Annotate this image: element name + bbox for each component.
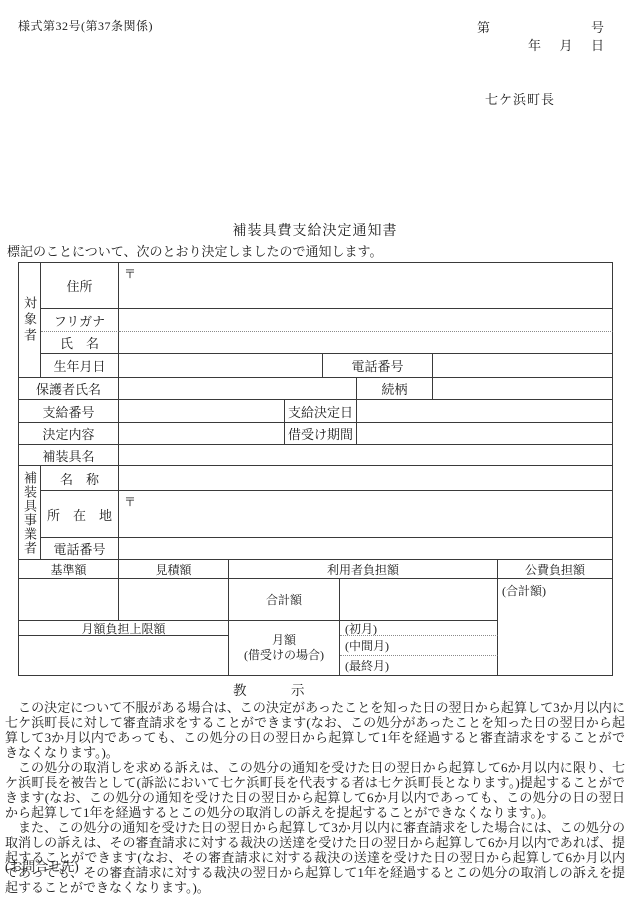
vendor-group-label: 補装具事業者 <box>19 466 41 560</box>
date-year-label: 年 <box>528 35 541 54</box>
phone-value-cell <box>433 354 613 378</box>
public-burden-header: 公費負担額 <box>498 560 613 579</box>
last-month-cell: (最終月) <box>340 656 498 676</box>
device-name-value-cell <box>119 445 613 466</box>
address-value-cell: 〒 <box>119 263 613 309</box>
standard-amount-header: 基準額 <box>19 560 119 579</box>
date-month-label: 月 <box>559 35 572 54</box>
instruction-paragraph-1: この決定について不服がある場合は、この決定があったことを知った日の翌日から起算し… <box>5 700 625 760</box>
estimate-amount-value-cell <box>119 579 229 621</box>
form-number: 様式第32号(第37条関係) <box>18 17 153 34</box>
total-amount-value-cell <box>340 579 498 621</box>
document-number-line: 第 号 <box>477 17 604 36</box>
furigana-value-cell <box>119 309 613 332</box>
total-amount-label: 合計額 <box>229 579 340 621</box>
postal-mark-icon: 〒 <box>124 493 136 510</box>
name-label: 氏 名 <box>41 332 119 354</box>
vendor-name-value-cell <box>119 466 613 491</box>
user-burden-header: 利用者負担額 <box>229 560 498 579</box>
rental-period-value-cell <box>357 423 613 445</box>
estimate-amount-header: 見積額 <box>119 560 229 579</box>
instruction-paragraph-3: また、この処分の通知を受けた日の翌日から起算して3か月以内に審査請求をした場合に… <box>5 820 625 895</box>
document-number-prefix: 第 <box>477 17 490 36</box>
decision-table: 対象者 住所 〒 フリガナ 氏 名 生年月日 電話番号 保護者氏名 続柄 支給番… <box>18 262 613 676</box>
grant-number-value-cell <box>119 400 285 423</box>
vendor-name-label: 名 称 <box>41 466 119 491</box>
monthly-amount-label-line2: (借受けの場合) <box>244 648 324 663</box>
document-title: 補装具費支給決定通知書 <box>0 220 630 240</box>
vendor-phone-label: 電話番号 <box>41 538 119 560</box>
vendor-phone-value-cell <box>119 538 613 560</box>
birthdate-label: 生年月日 <box>41 354 119 378</box>
birthdate-value-cell <box>119 354 323 378</box>
target-person-group-label: 対象者 <box>19 263 41 378</box>
addressee-mayor: 七ケ浜町長 <box>485 89 555 108</box>
grant-number-label: 支給番号 <box>19 400 119 423</box>
decision-content-label: 決定内容 <box>19 423 119 445</box>
instruction-paragraph-2: この処分の取消しを求める訴えは、この処分の通知を受けた日の翌日から起算して6か月… <box>5 760 625 820</box>
public-total-label: (合計額) <box>502 582 546 599</box>
grant-decision-date-value-cell <box>357 400 613 423</box>
grant-decision-date-label: 支給決定日 <box>285 400 357 423</box>
relation-value-cell <box>433 378 613 400</box>
name-value-cell <box>119 332 613 354</box>
intro-sentence: 標記のことについて、次のとおり決定しましたので通知します。 <box>7 241 382 260</box>
date-day-label: 日 <box>591 35 604 54</box>
guardian-name-label: 保護者氏名 <box>19 378 119 400</box>
vendor-address-label: 所 在 地 <box>41 491 119 538</box>
instruction-title: 教 示 <box>233 683 625 699</box>
public-burden-value-cell: (合計額) <box>498 579 613 676</box>
contact-label: (お問合せ先) <box>5 856 79 875</box>
monthly-cap-label: 月額負担上限額 <box>19 621 229 636</box>
guardian-name-value-cell <box>119 378 357 400</box>
relation-label: 続柄 <box>357 378 433 400</box>
address-label: 住所 <box>41 263 119 309</box>
device-name-label: 補装具名 <box>19 445 119 466</box>
middle-month-cell: (中間月) <box>340 636 498 656</box>
date-line: 年 月 日 <box>528 35 604 54</box>
decision-content-value-cell <box>119 423 285 445</box>
phone-label: 電話番号 <box>323 354 433 378</box>
standard-amount-value-cell <box>19 579 119 621</box>
monthly-amount-label: 月額 (借受けの場合) <box>229 621 340 676</box>
instruction-section: 教 示 この決定について不服がある場合は、この決定があったことを知った日の翌日か… <box>5 683 625 895</box>
monthly-amount-label-line1: 月額 <box>272 633 296 648</box>
document-number-suffix: 号 <box>591 17 604 36</box>
vendor-address-value-cell: 〒 <box>119 491 613 538</box>
first-month-cell: (初月) <box>340 621 498 636</box>
postal-mark-icon: 〒 <box>124 265 136 282</box>
rental-period-label: 借受け期間 <box>285 423 357 445</box>
furigana-label: フリガナ <box>41 309 119 332</box>
monthly-cap-value-cell <box>19 636 229 676</box>
